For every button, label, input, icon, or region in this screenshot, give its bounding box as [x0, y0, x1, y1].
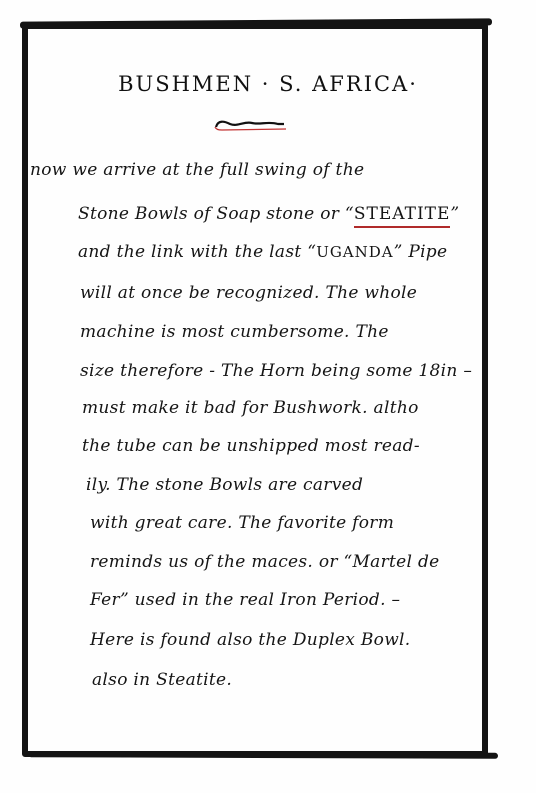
- flourish-ornament-icon: [212, 117, 292, 133]
- text-line: must make it bad for Bushwork. altho: [82, 398, 419, 418]
- border-bottom-stroke: [28, 751, 498, 759]
- text-line: ily. The stone Bowls are carved: [86, 475, 363, 495]
- page-title: BUSHMEN · S. AFRICA·: [0, 72, 536, 96]
- underlined-term: STEATITE: [354, 204, 451, 228]
- text-line: size therefore - The Horn being some 18i…: [80, 361, 472, 381]
- text-line: now we arrive at the full swing of the: [30, 160, 364, 180]
- text-line: reminds us of the maces. or “Martel de: [90, 552, 440, 572]
- text-line: will at once be recognized. The whole: [80, 283, 417, 303]
- capitalized-term: UGANDA: [316, 243, 393, 261]
- text-line: machine is most cumbersome. The: [80, 322, 389, 342]
- text-line: also in Steatite.: [92, 670, 232, 690]
- text-line: Here is found also the Duplex Bowl.: [90, 630, 411, 650]
- text-line: and the link with the last “UGANDA” Pipe: [78, 242, 447, 262]
- text-line: Stone Bowls of Soap stone or “STEATITE”: [78, 204, 459, 224]
- text-line: the tube can be unshipped most read-: [82, 436, 420, 456]
- manuscript-page: BUSHMEN · S. AFRICA· now we arrive at th…: [0, 0, 536, 793]
- text-line: with great care. The favorite form: [90, 513, 394, 533]
- text-line: Fer” used in the real Iron Period. –: [90, 590, 400, 610]
